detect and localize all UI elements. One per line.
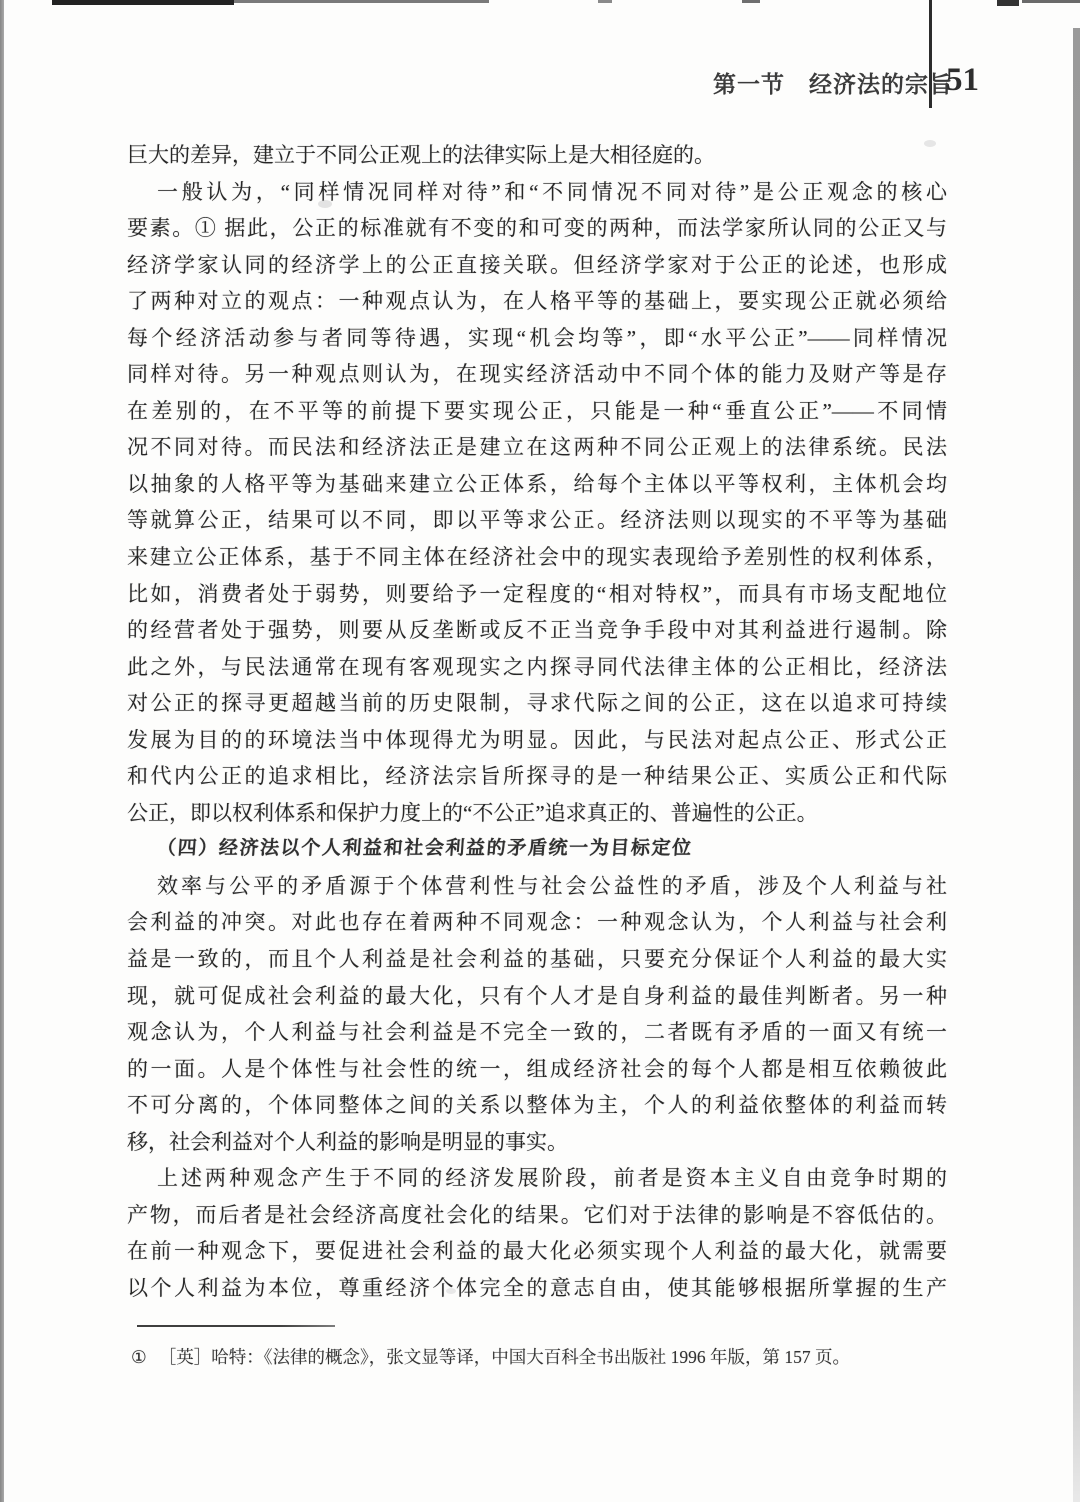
scan-artifact (52, 0, 234, 5)
scan-artifact (234, 0, 489, 3)
footnote-marker: ① (131, 1344, 147, 1370)
text-line: 不可分离的，个体同整体之间的关系以整体为主，个人的利益依整体的利益而转 (127, 1087, 947, 1124)
footnote-text: ［英］哈特：《法律的概念》，张文显等译，中国大百科全书出版社 1996 年版，第… (159, 1344, 850, 1370)
text-line: 在差别的，在不平等的前提下要实现公正，只能是一种“垂直公正”——不同情 (127, 393, 947, 430)
running-header-title: 第一节 经济法的宗旨 (713, 66, 953, 99)
footnote: ① ［英］哈特：《法律的概念》，张文显等译，中国大百科全书出版社 1996 年版… (131, 1344, 941, 1370)
scan-artifact (997, 0, 1019, 6)
subsection-heading: （四）经济法以个人利益和社会利益的矛盾统一为目标定位 (126, 831, 949, 868)
text-line: 一般认为，“同样情况同样对待”和“不同情况不同对待”是公正观念的核心 (127, 174, 947, 211)
page-number: 51 (946, 62, 979, 99)
text-line: 巨大的差异，建立于不同公正观上的法律实际上是大相径庭的。 (127, 137, 947, 174)
text-line: 此之外，与民法通常在现有客观现实之内探寻同代法律主体的公正相比，经济法 (127, 649, 947, 686)
text-line: 了两种对立的观点：一种观点认为，在人格平等的基础上，要实现公正就必须给 (127, 283, 947, 320)
text-line: 上述两种观念产生于不同的经济发展阶段，前者是资本主义自由竞争时期的 (127, 1160, 947, 1197)
scan-artifact (1022, 0, 1080, 3)
text-line: 每个经济活动参与者同等待遇，实现“机会均等”，即“水平公正”——同样情况 (127, 320, 947, 357)
text-line: 的经营者处于强势，则要从反垄断或反不正当竞争手段中对其利益进行遏制。除 (127, 612, 947, 649)
text-line: 要素。① 据此，公正的标准就有不变的和可变的两种，而法学家所认同的公正又与 (127, 210, 947, 247)
text-line: 等就算公正，结果可以不同，即以平等求公正。经济法则以现实的不平等为基础 (127, 502, 947, 539)
text-line: 发展为目的的环境法当中体现得尤为明显。因此，与民法对起点公正、形式公正 (127, 722, 947, 759)
text-line: 现，就可促成社会利益的最大化，只有个人才是自身利益的最佳判断者。另一种 (127, 978, 947, 1015)
text-line: 同样对待。另一种观点则认为，在现实经济活动中不同个体的能力及财产等是存 (127, 356, 947, 393)
text-line: 观念认为，个人利益与社会利益是不完全一致的，二者既有矛盾的一面又有统一 (127, 1014, 947, 1051)
text-line: 效率与公平的矛盾源于个体营利性与社会公益性的矛盾，涉及个人利益与社 (127, 868, 947, 905)
footnote-rule (137, 1325, 335, 1327)
text-line: 在前一种观念下，要促进社会利益的最大化必须实现个人利益的最大化，就需要 (127, 1233, 947, 1270)
text-line: 比如，消费者处于弱势，则要给予一定程度的“相对特权”，而具有市场支配地位 (127, 576, 947, 613)
text-line: 对公正的探寻更超越当前的历史限制，寻求代际之间的公正，这在以追求可持续 (127, 685, 947, 722)
header-divider-line (929, 0, 932, 108)
scan-artifact (742, 0, 760, 3)
scan-right-edge-shadow (1073, 28, 1080, 1502)
scan-artifact (598, 0, 612, 3)
text-line: 的一面。人是个体性与社会性的统一，组成经济社会的每个人都是相互依赖彼此 (127, 1051, 947, 1088)
text-line: 和代内公正的追求相比，经济法宗旨所探寻的是一种结果公正、实质公正和代际 (127, 758, 947, 795)
text-line: 以抽象的人格平等为基础来建立公正体系，给每个主体以平等权利，主体机会均 (127, 466, 947, 503)
text-line: 产物，而后者是社会经济高度社会化的结果。它们对于法律的影响是不容低估的。 (127, 1197, 947, 1234)
body-lines: 巨大的差异，建立于不同公正观上的法律实际上是大相径庭的。一般认为，“同样情况同样… (127, 137, 947, 1307)
scanned-book-page: 第一节 经济法的宗旨 51 巨大的差异，建立于不同公正观上的法律实际上是大相径庭… (0, 0, 1080, 1502)
text-line: 以个人利益为本位，尊重经济个体完全的意志自由，使其能够根据所掌握的生产 (127, 1270, 947, 1307)
text-line: 经济学家认同的经济学上的公正直接关联。但经济学家对于公正的论述，也形成 (127, 247, 947, 284)
text-line: 况不同对待。而民法和经济法正是建立在这两种不同公正观上的法律系统。民法 (127, 429, 947, 466)
text-line: 来建立公正体系，基于不同主体在经济社会中的现实表现给予差别性的权利体系， (127, 539, 947, 576)
text-line: 移，社会利益对个人利益的影响是明显的事实。 (127, 1124, 947, 1161)
text-line: 会利益的冲突。对此也存在着两种不同观念：一种观念认为，个人利益与社会利 (127, 904, 947, 941)
scan-left-edge-shadow (0, 0, 4, 1502)
text-line: 公正，即以权利体系和保护力度上的“不公正”追求真正的、普遍性的公正。 (127, 795, 947, 832)
text-line: 益是一致的，而且个人利益是社会利益的基础，只要充分保证个人利益的最大实 (127, 941, 947, 978)
